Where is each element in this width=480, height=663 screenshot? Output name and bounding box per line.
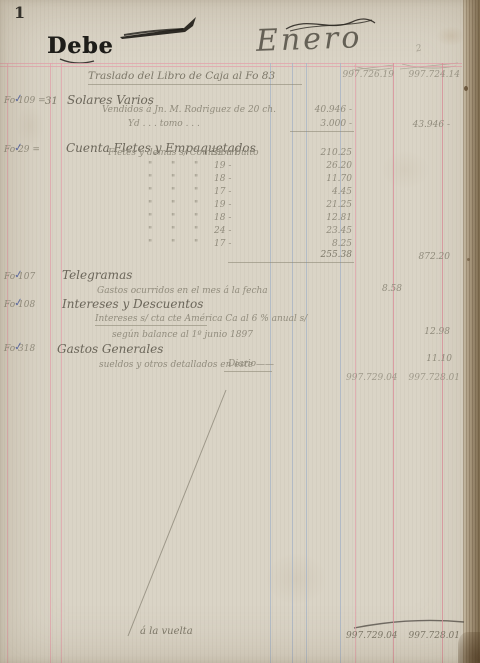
ditto-marks: " " " — [148, 226, 198, 236]
entry-title: Telegramas — [62, 268, 132, 282]
entry-line-amount: 26.20 — [294, 161, 352, 171]
footer-total-right: 997.728.01 — [404, 631, 460, 641]
folio-column-rule — [50, 63, 51, 663]
ditto-marks: " " " — [148, 239, 198, 249]
entry-line-qty: 24 - — [214, 226, 231, 236]
column-sum-rule — [290, 131, 354, 132]
check-mark: ✓ — [13, 339, 24, 353]
check-mark: ✓ — [13, 267, 24, 281]
entry-line-qty: 17 - — [214, 239, 231, 249]
entry-line-text: Diario — [228, 359, 256, 369]
entry-line-qty: 17 - — [214, 187, 231, 197]
footer-total-rule — [354, 620, 464, 628]
month-heading: Enero — [255, 20, 363, 59]
entry-title: Intereses y Descuentos — [62, 297, 203, 311]
entry-total: 12.98 — [408, 327, 450, 337]
entry-line-amount: 8.25 — [294, 239, 352, 249]
entry-line-qty: 19 - — [214, 161, 231, 171]
entry-line-qty: 18 - — [214, 174, 231, 184]
entry-line-amount: 210.25 — [294, 148, 352, 158]
amount-column-rule — [292, 63, 293, 663]
total-column-rule — [393, 63, 394, 663]
day-column-rule — [61, 63, 62, 663]
carried-total-left: 997.729.04 — [346, 373, 396, 383]
opening-title-underline — [88, 84, 302, 85]
sub-line-underline — [224, 371, 272, 372]
entry-line-text: Yd . . . tomo . . . — [128, 119, 200, 129]
foxing-stain — [380, 150, 430, 190]
ledger-page: 1 Debe Enero 2 — [0, 0, 480, 663]
ditto-marks: " " " — [148, 161, 198, 171]
opening-title: Traslado del Libro de Caja al Fo 83 — [88, 70, 275, 82]
sub-line-underline — [95, 325, 207, 326]
entry-title: Gastos Generales — [57, 342, 163, 356]
cancel-diagonal-line — [128, 390, 226, 636]
entry-line-text: Vendidos á Jn. M. Rodriguez de 20 ch. — [102, 105, 276, 115]
entry-line-qty: 19 - — [214, 200, 231, 210]
carry-note: á la vuelta — [140, 626, 193, 637]
check-mark: ✓ — [13, 91, 24, 105]
corner-pencil-mark: 2 — [415, 44, 423, 55]
entry-total: 8.58 — [362, 284, 402, 294]
column-sum-rule — [228, 262, 354, 263]
entry-line-amount: 23.45 — [294, 226, 352, 236]
opening-total-right: 997.724.14 — [402, 70, 460, 80]
entry-total: 11.10 — [410, 354, 452, 364]
ink-smear-flourish — [120, 17, 196, 39]
page-number: 1 — [14, 3, 25, 22]
entry-line-text: Gastos ocurridos en el mes á la fecha — [97, 286, 268, 296]
foxing-stain — [436, 26, 466, 46]
book-fore-edge — [463, 0, 480, 663]
entry-folio: Fo 109 = — [4, 96, 46, 106]
foxing-stain — [264, 552, 328, 606]
entry-line-qty: 32 ch. — [212, 148, 240, 158]
check-mark: ✓ — [13, 295, 24, 309]
check-mark: ✓ — [13, 140, 24, 154]
opening-total-left: 997.726.19 — [340, 70, 394, 80]
entry-day: 31 — [45, 96, 58, 107]
entry-subtotal: 255.38 — [294, 250, 352, 260]
ditto-marks: " " " — [148, 187, 198, 197]
entry-line-amount: 11.70 — [294, 174, 352, 184]
entry-line-amount: 12.81 — [294, 213, 352, 223]
entry-total: 43.946 - — [394, 120, 450, 130]
entry-line-amount: 40.946 - — [294, 105, 352, 115]
ditto-marks: " " " — [148, 174, 198, 184]
entry-total: 872.20 — [394, 252, 450, 262]
entry-line-text: Intereses s/ cta cte América Ca al 6 % a… — [95, 314, 307, 324]
entry-line-amount: 3.000 - — [294, 119, 352, 129]
entry-line-amount: 4.45 — [294, 187, 352, 197]
footer-total-left: 997.729.04 — [346, 631, 396, 641]
entry-line-qty: 18 - — [214, 213, 231, 223]
total-column-rule — [355, 63, 356, 663]
debit-heading: Debe — [47, 33, 113, 59]
entry-line-text: según balance al 1º junio 1897 — [112, 330, 253, 340]
entry-line-amount: 21.25 — [294, 200, 352, 210]
ditto-marks: " " " — [148, 213, 198, 223]
carried-total-right: 997.728.01 — [404, 373, 460, 383]
ditto-marks: " " " — [148, 200, 198, 210]
